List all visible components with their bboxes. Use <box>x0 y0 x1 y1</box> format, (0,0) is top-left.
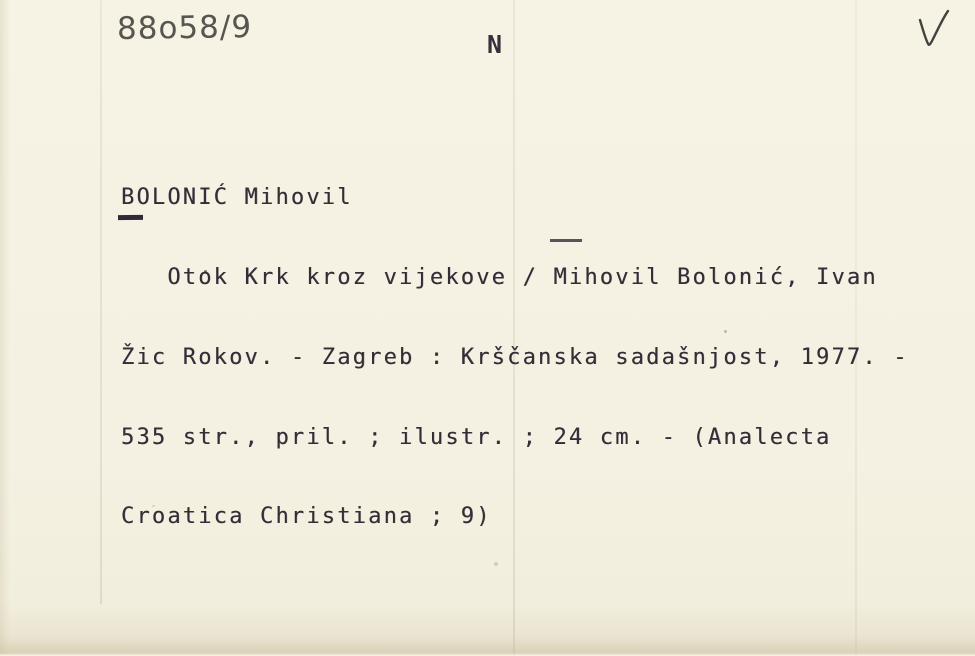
paper-crease-left <box>100 0 102 604</box>
card-bottom-edge <box>0 636 975 656</box>
record-line-series: Croatica Christiana ; 9) <box>121 504 909 531</box>
overstrike-mark <box>118 215 143 220</box>
catalog-card: 88o58/9 N BOLONIĆ Mihovil Otok Krk kroz … <box>0 0 975 656</box>
card-left-edge-shading <box>0 0 10 656</box>
checkmark-icon <box>912 8 962 60</box>
stray-ink-dot <box>204 270 207 273</box>
record-line-title: Otok Krk kroz vijekove / Mihovil Bolonić… <box>121 265 909 292</box>
paper-speck <box>494 562 498 566</box>
underline-mark <box>550 239 582 242</box>
record-line-imprint: Žic Rokov. - Zagreb : Krščanska sadašnjo… <box>121 345 909 372</box>
paper-speck <box>152 505 155 507</box>
classification-letter: N <box>487 30 502 59</box>
paper-speck <box>724 330 727 333</box>
catalog-record: BOLONIĆ Mihovil Otok Krk kroz vijekove /… <box>121 132 909 584</box>
record-line-collation: 535 str., pril. ; ilustr. ; 24 cm. - (An… <box>121 425 909 452</box>
accession-number: 88o58/9 <box>117 9 253 47</box>
record-line-heading: BOLONIĆ Mihovil <box>121 185 909 212</box>
